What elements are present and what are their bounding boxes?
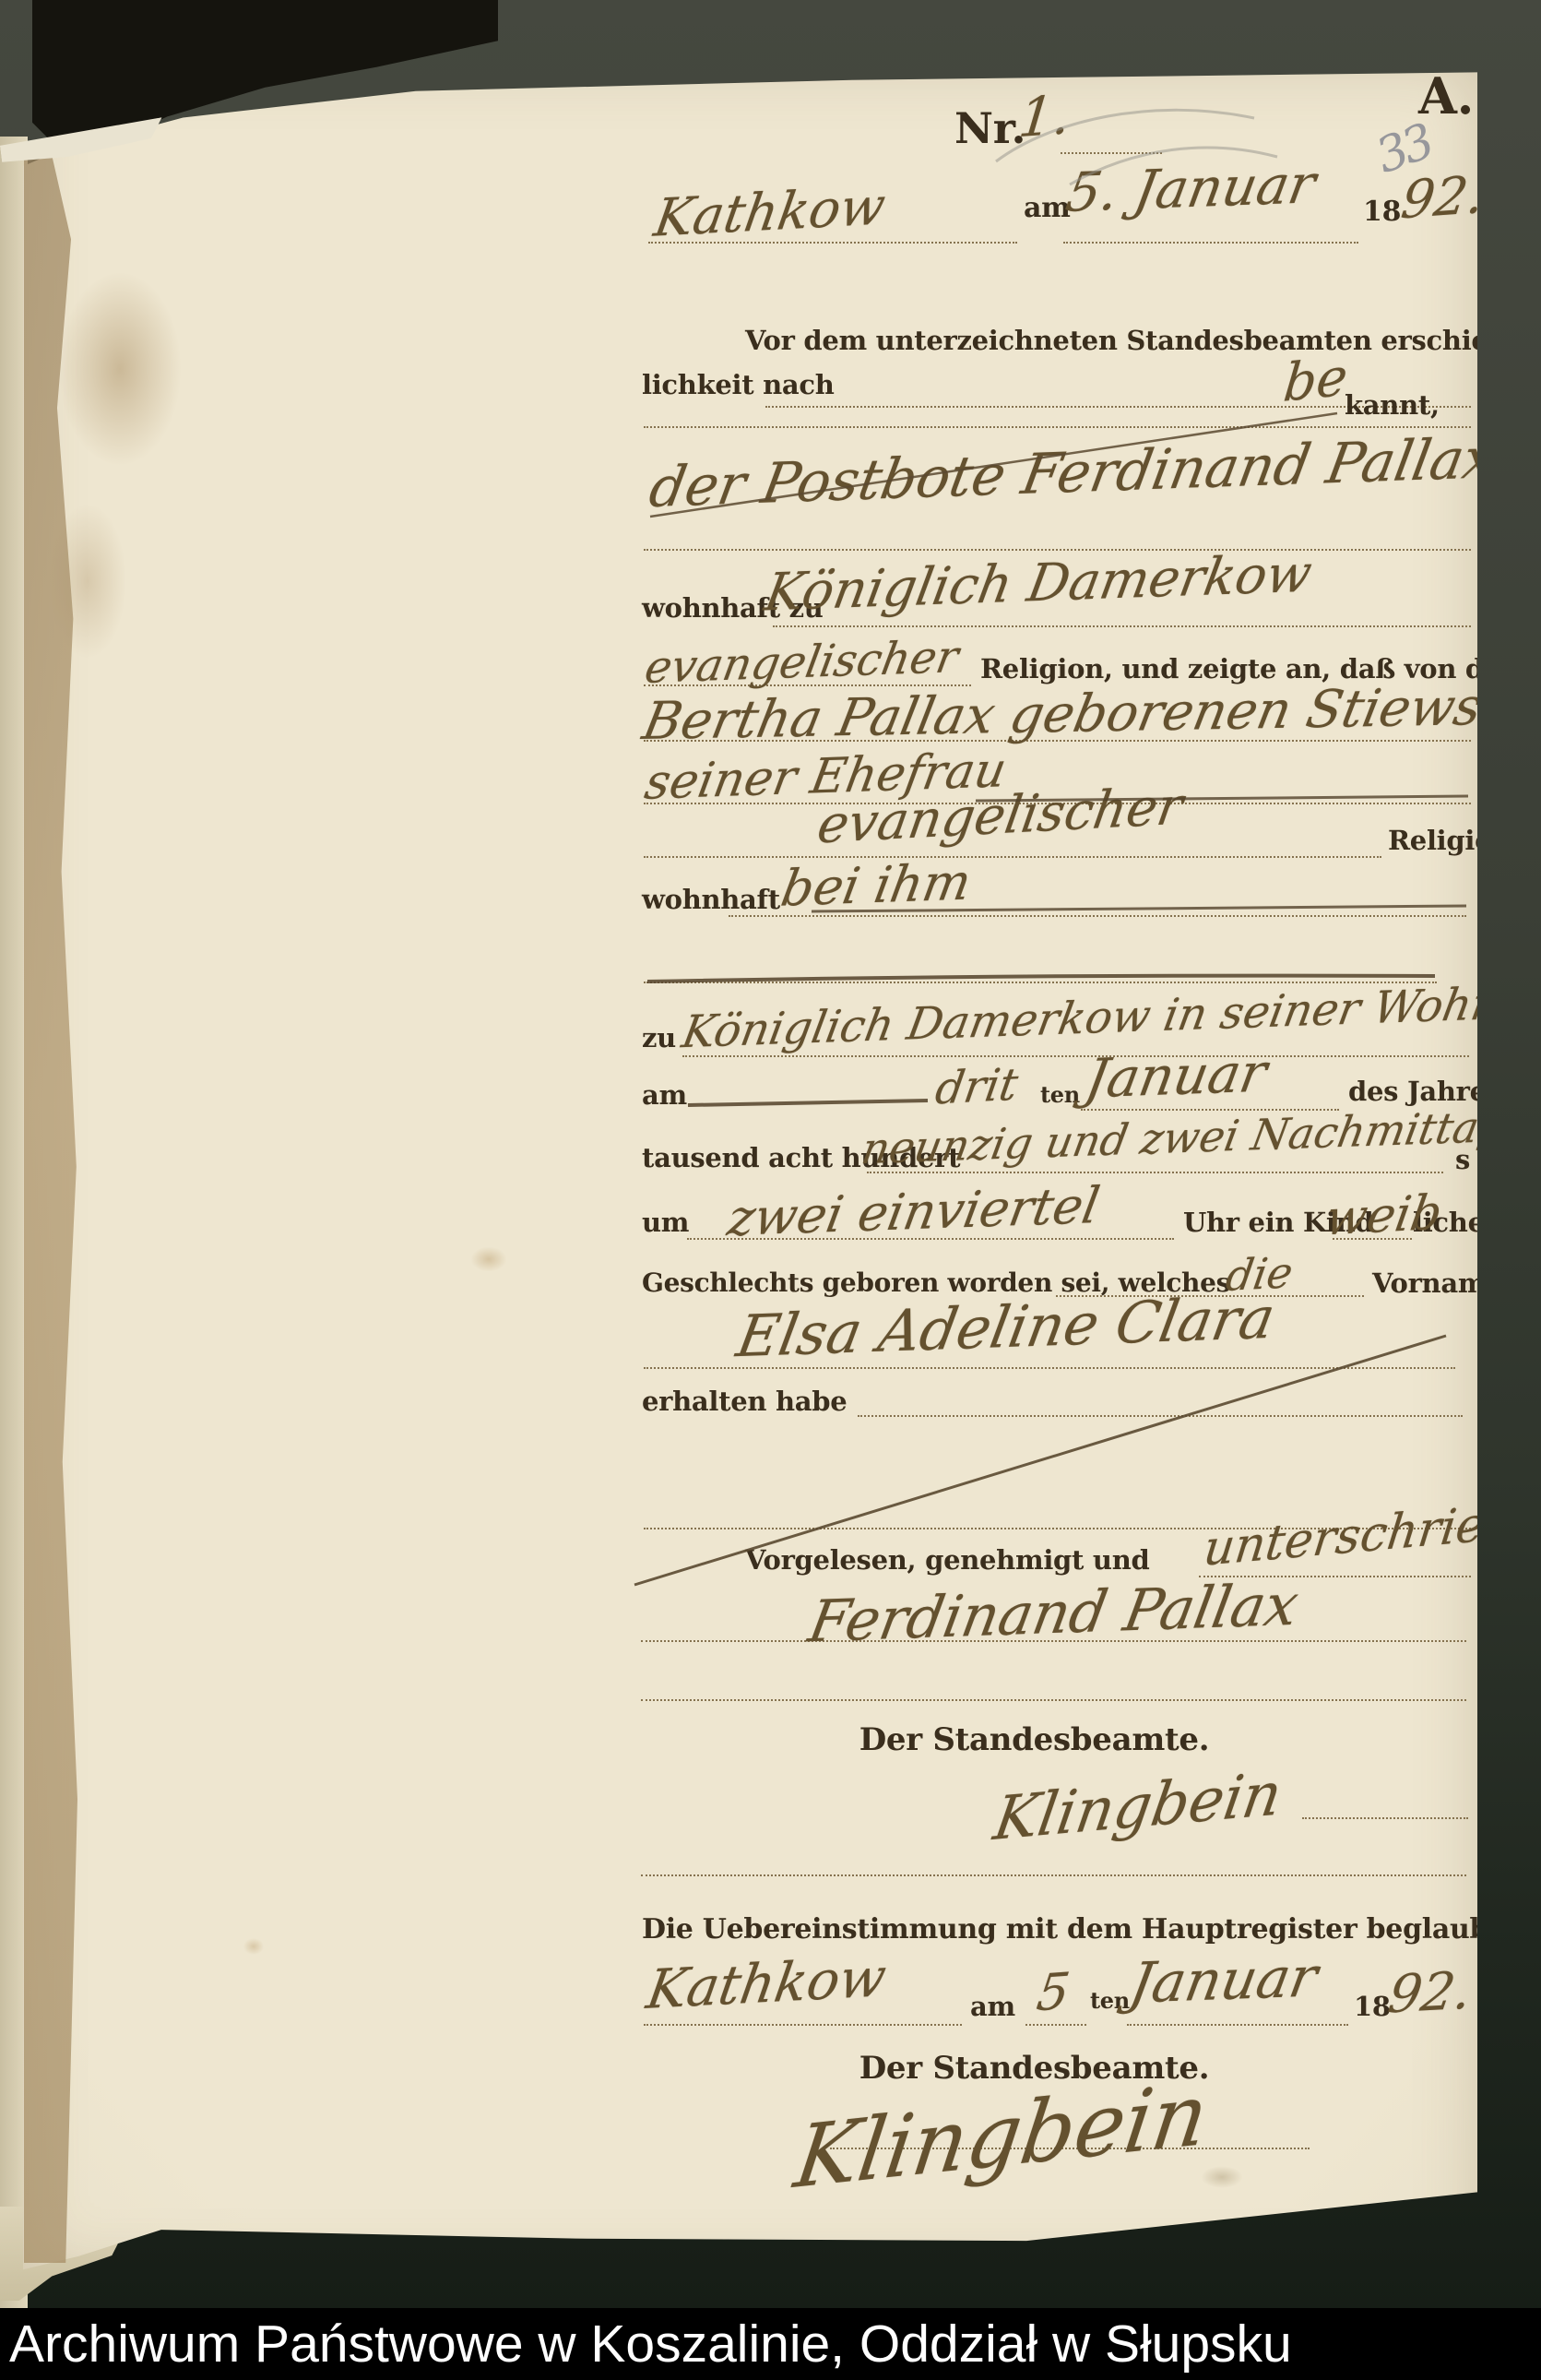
scanned-registry-page: A. 33 Nr. 1. Kathkow am 5. Januar 18 92.… xyxy=(0,0,1541,2380)
document-paper: A. 33 Nr. 1. Kathkow am 5. Januar 18 92.… xyxy=(23,65,1477,2274)
printed-zu: zu xyxy=(642,1022,676,1053)
handwritten-date: 5. Januar xyxy=(1061,152,1321,224)
printed-cert-ten: ten xyxy=(1090,1987,1130,2014)
dotted-rule xyxy=(1063,242,1358,244)
dotted-rule xyxy=(641,1874,1466,1876)
handwritten-cert-place: Kathkow xyxy=(643,1946,891,2021)
printed-vornamen: Vornamen xyxy=(1372,1267,1522,1299)
printed-des-jahres: des Jahres xyxy=(1348,1076,1501,1107)
handwritten-day: drit xyxy=(932,1058,1022,1114)
archive-caption-bar: Archiwum Państwowe w Koszalinie, Oddział… xyxy=(0,2308,1541,2380)
handwritten-declarant: der Postbote Ferdinand Pallax xyxy=(645,426,1500,520)
printed-wohnhaft: wohnhaft xyxy=(642,884,780,915)
dotted-rule xyxy=(1302,1817,1468,1819)
printed-cert-am: am xyxy=(970,1991,1015,2022)
printed-erhalten-habe: erhalten habe xyxy=(642,1386,847,1417)
registrar-title-container: Der Standesbeamte. xyxy=(621,1721,1448,1758)
handwritten-residence: Königlich Damerkow xyxy=(760,543,1316,623)
dotted-rule xyxy=(1025,2024,1086,2026)
printed-year-prefix: 18 xyxy=(1363,196,1401,228)
handwritten-cert-month: Januar xyxy=(1125,1945,1322,2017)
printed-ten-suffix: ten xyxy=(1040,1081,1080,1108)
handwritten-time: zwei einviertel xyxy=(724,1176,1104,1247)
dotted-rule xyxy=(858,1415,1463,1417)
record-number-label: Nr. xyxy=(954,103,1025,153)
printed-kannt: kannt, xyxy=(1345,389,1440,421)
dotted-rule xyxy=(644,856,1381,858)
declarant-signature: Ferdinand Pallax xyxy=(804,1571,1304,1656)
dotted-rule xyxy=(644,549,1471,551)
record-number-value: 1. xyxy=(1015,83,1073,150)
printed-am-2: am xyxy=(642,1079,687,1111)
dotted-rule xyxy=(644,2024,962,2026)
registrar-signature: Klingbein xyxy=(990,1760,1286,1854)
archive-caption-text: Archiwum Państwowe w Koszalinie, Oddział… xyxy=(0,2314,1292,2374)
dotted-rule xyxy=(641,1699,1466,1701)
handwritten-place: Kathkow xyxy=(650,176,889,249)
printed-um: um xyxy=(642,1207,689,1238)
handwritten-be: be xyxy=(1281,347,1351,414)
handwritten-unterschrieben: unterschrieben xyxy=(1201,1489,1541,1577)
dotted-rule xyxy=(644,982,1437,983)
printed-certification: Die Uebereinstimmung mit dem Hauptregist… xyxy=(642,1913,1531,1946)
handwritten-wohnhaft-bei: bei ihm xyxy=(776,852,975,918)
dotted-rule xyxy=(1127,2024,1348,2026)
dotted-rule xyxy=(682,1055,1469,1057)
handwritten-cert-year: 92. xyxy=(1384,1960,1476,2025)
printed-religion-2: Religion, xyxy=(1388,825,1521,856)
form-corner-letter: A. xyxy=(1418,66,1474,125)
handwritten-year: 92. xyxy=(1397,164,1488,231)
printed-intro-line2: lichkeit nach xyxy=(642,369,835,400)
dotted-rule xyxy=(1061,152,1162,154)
registrar-title2-container: Der Standesbeamte. xyxy=(621,2050,1448,2087)
handwritten-gender: weib xyxy=(1322,1184,1446,1246)
printed-registrar-title: Der Standesbeamte. xyxy=(859,1721,1210,1758)
dotted-rule xyxy=(773,625,1471,627)
handwritten-month: Januar xyxy=(1081,1041,1272,1110)
handwritten-cert-day: 5 xyxy=(1034,1961,1073,2022)
printed-intro-line1: Vor dem unterzeichneten Standesbeamten e… xyxy=(745,325,1541,356)
printed-vorgelesen: Vorgelesen, genehmigt und xyxy=(745,1544,1149,1576)
dotted-rule xyxy=(644,426,1471,428)
